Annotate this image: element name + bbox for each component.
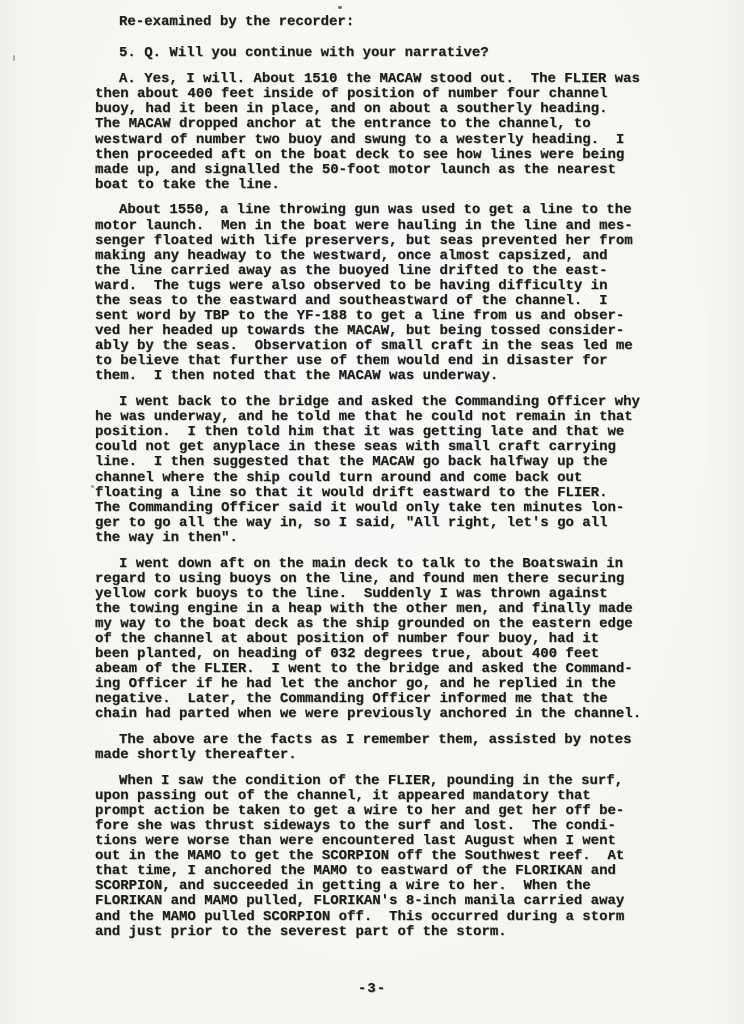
- scan-speck: [338, 6, 342, 9]
- scan-speck: [91, 485, 94, 488]
- answer-paragraph-2: About 1550, a line throwing gun was used…: [95, 203, 675, 384]
- answer-paragraph-6: When I saw the condition of the FLIER, p…: [95, 774, 675, 940]
- answer-paragraph-4: I went down aft on the main deck to talk…: [95, 557, 675, 723]
- page-number: -3-: [0, 981, 744, 997]
- answer-paragraph-3: I went back to the bridge and asked the …: [95, 395, 675, 546]
- question-5-line: 5. Q. Will you continue with your narrat…: [95, 46, 675, 61]
- scan-speck: [13, 55, 15, 61]
- answer-paragraph-5: The above are the facts as I remember th…: [95, 733, 675, 763]
- answer-paragraph-1: A. Yes, I will. About 1510 the MACAW sto…: [95, 72, 675, 193]
- document-body: Re-examined by the recorder: 5. Q. Will …: [95, 15, 675, 950]
- scanned-page: Re-examined by the recorder: 5. Q. Will …: [0, 0, 744, 1024]
- reexamined-by-recorder-line: Re-examined by the recorder:: [95, 15, 675, 30]
